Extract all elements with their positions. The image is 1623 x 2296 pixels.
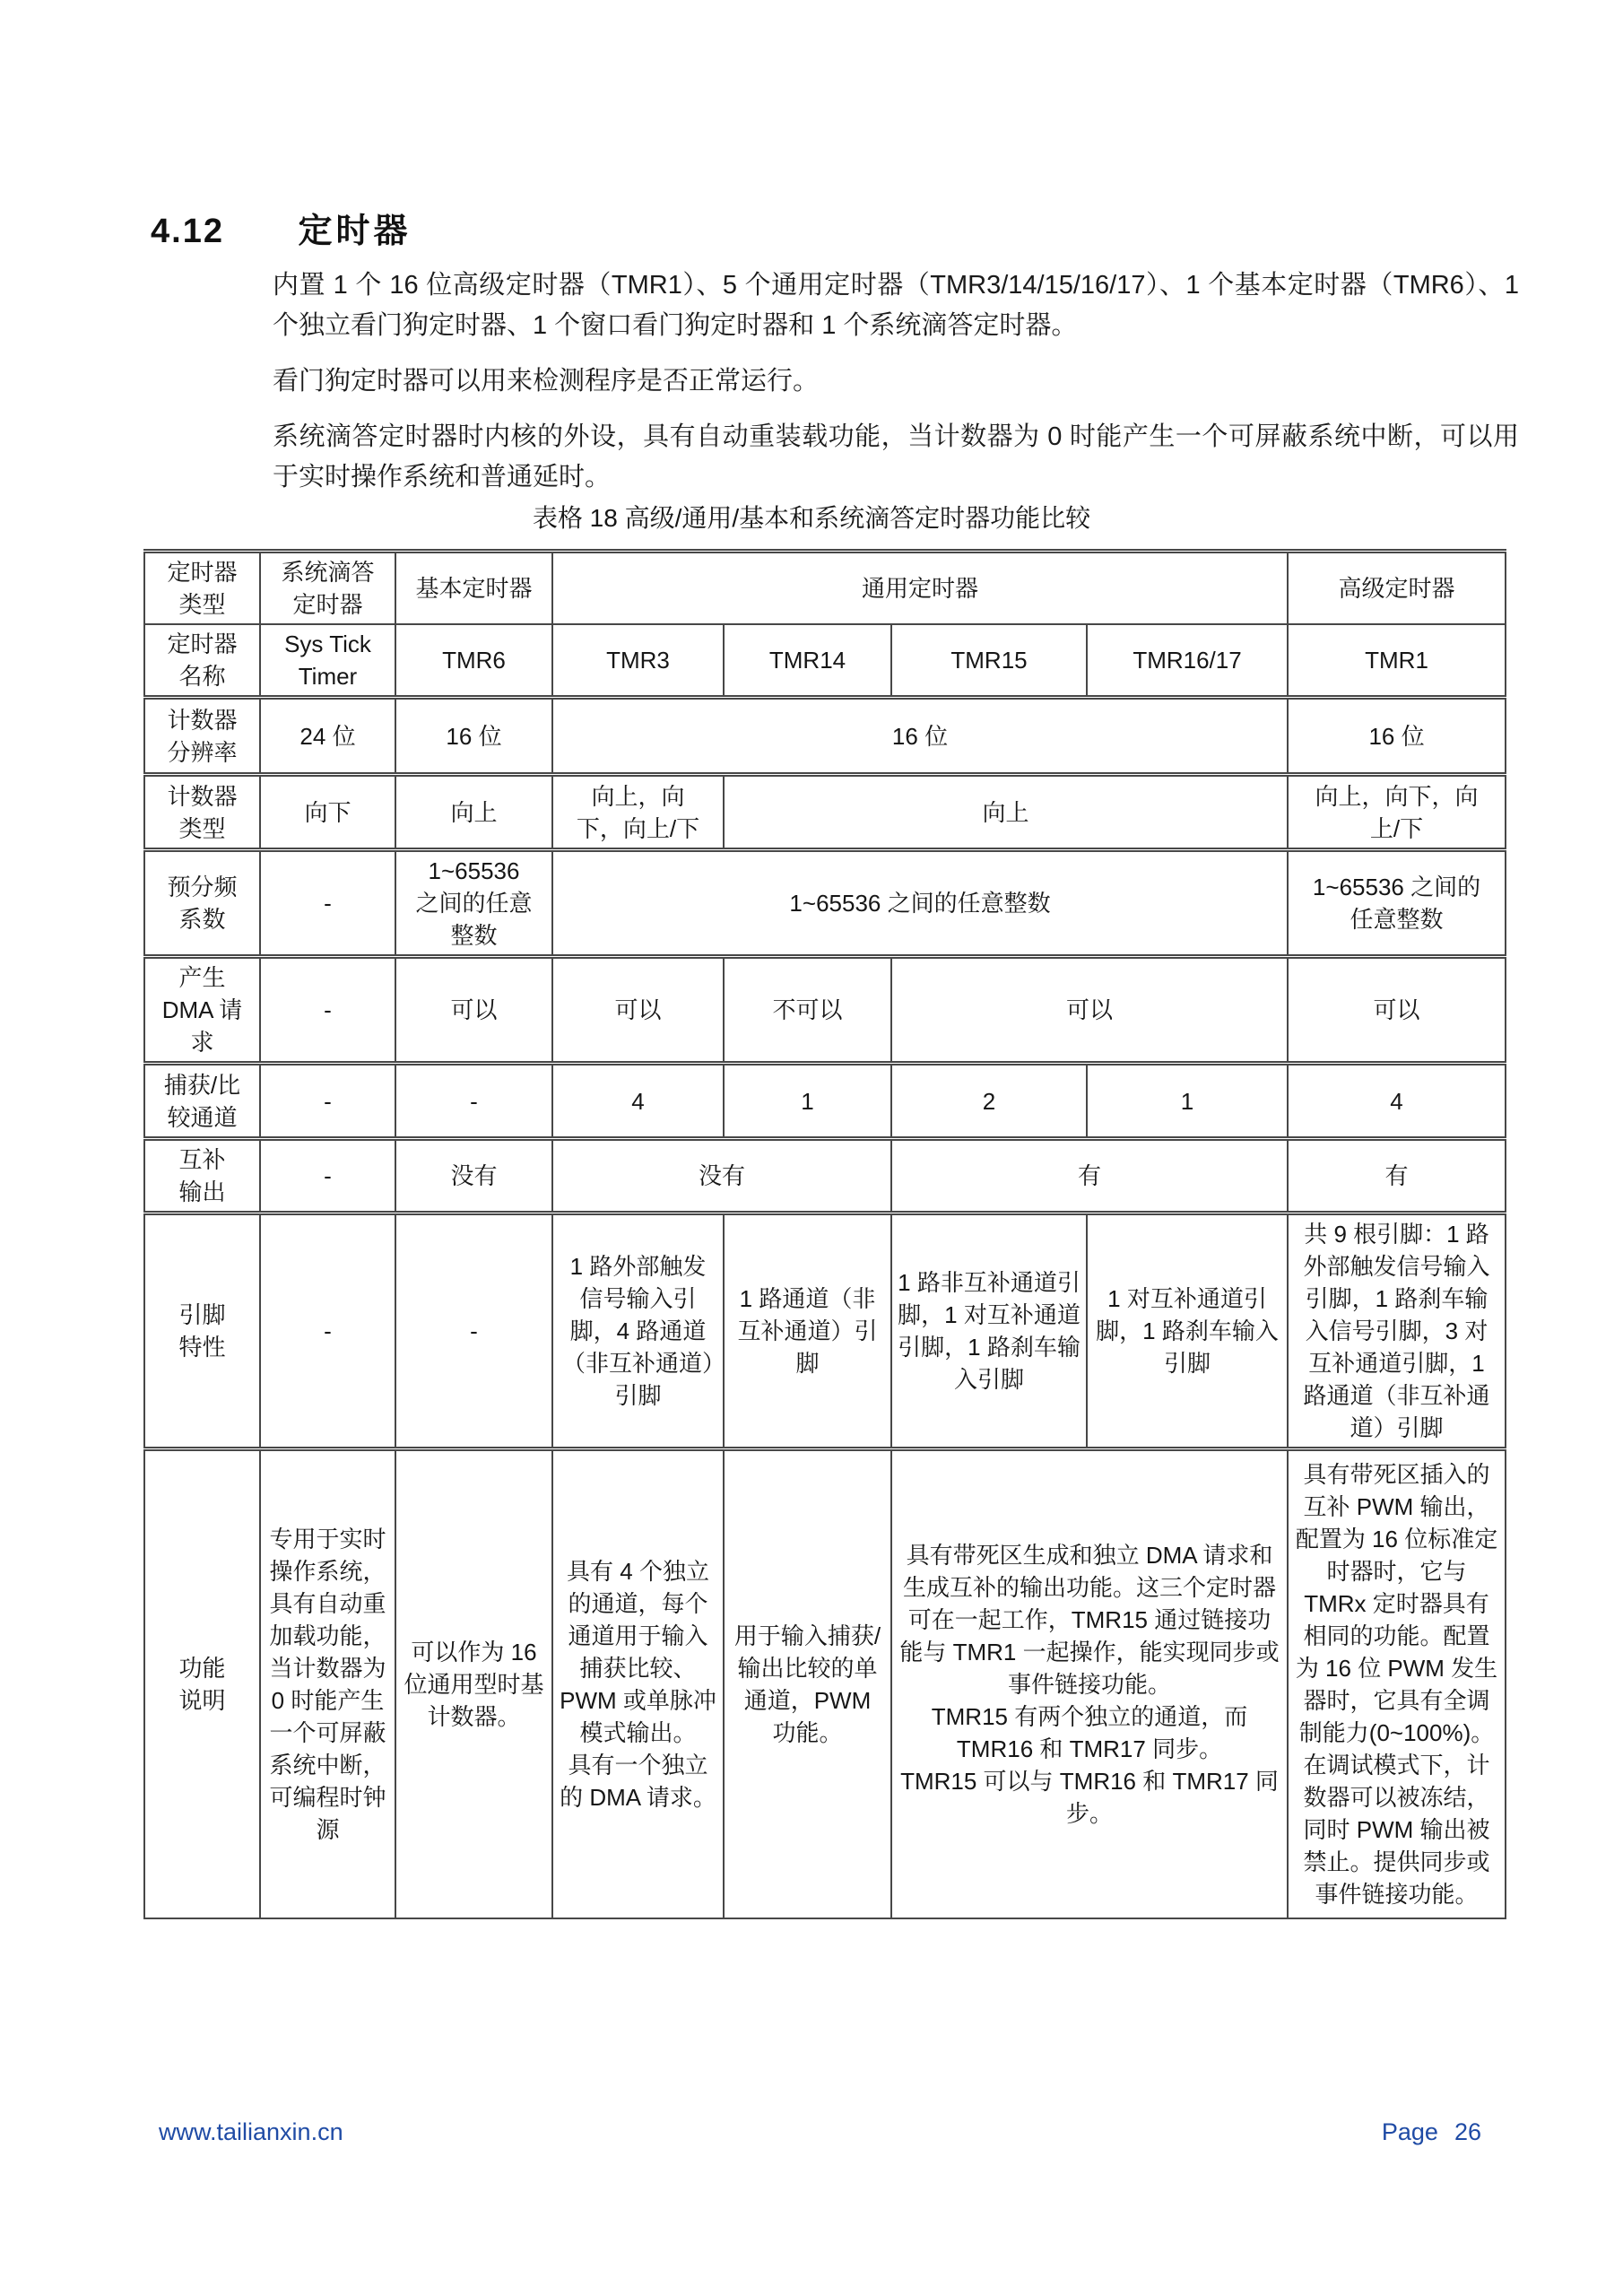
table-cell: 高级定时器 — [1288, 552, 1506, 625]
table-cell: 24 位 — [260, 698, 395, 775]
row-header-cell: 定时器 名称 — [144, 624, 260, 698]
table-cell: 可以 — [395, 957, 552, 1064]
table-cell: TMR15 — [891, 624, 1087, 698]
table-cell: 可以 — [552, 957, 724, 1064]
paragraph: 系统滴答定时器时内核的外设，具有自动重装载功能，当计数器为 0 时能产生一个可屏… — [273, 417, 1519, 498]
table-row-prescaler: 预分频 系数 - 1~65536 之间的任意 整数 1~65536 之间的任意整… — [144, 850, 1506, 957]
table-cell: TMR1 — [1288, 624, 1506, 698]
page-number-label: Page26 — [1382, 2118, 1481, 2146]
table-cell: - — [260, 1213, 395, 1449]
row-header-cell: 计数器 分辨率 — [144, 698, 260, 775]
table-cell: - — [395, 1064, 552, 1139]
table-cell: TMR6 — [395, 624, 552, 698]
paragraph: 内置 1 个 16 位高级定时器（TMR1）、5 个通用定时器（TMR3/14/… — [273, 265, 1519, 346]
table-cell: 1 — [724, 1064, 891, 1139]
table-cell: TMR14 — [724, 624, 891, 698]
table-cell: - — [395, 1213, 552, 1449]
table-cell: 2 — [891, 1064, 1087, 1139]
timer-comparison-table: 定时器 类型 系统滴答 定时器 基本定时器 通用定时器 高级定时器 定时器 名称… — [143, 549, 1506, 1919]
table-caption: 表格 18 高级/通用/基本和系统滴答定时器功能比较 — [0, 499, 1623, 535]
table-cell: 没有 — [552, 1139, 891, 1213]
table-cell: 专用于实时操作系统，具有自动重加载功能，当计数器为 0 时能产生一个可屏蔽系统中… — [260, 1449, 395, 1919]
table-cell: 有 — [891, 1139, 1288, 1213]
row-header-cell: 互补 输出 — [144, 1139, 260, 1213]
table-cell: 有 — [1288, 1139, 1506, 1213]
table-cell: 具有带死区生成和独立 DMA 请求和生成互补的输出功能。这三个定时器可在一起工作… — [891, 1449, 1288, 1919]
table-cell: 基本定时器 — [395, 552, 552, 625]
section-number: 4.12 — [151, 213, 224, 251]
table-cell: 1 路通道（非互补通道）引脚 — [724, 1213, 891, 1449]
table-cell: 不可以 — [724, 957, 891, 1064]
table-cell: 具有 4 个独立的通道，每个通道用于输入捕获比较、PWM 或单脉冲模式输出。 具… — [552, 1449, 724, 1919]
table-cell: 没有 — [395, 1139, 552, 1213]
table-cell: 向上，向下，向 上/下 — [1288, 775, 1506, 850]
table-row-timer-type: 定时器 类型 系统滴答 定时器 基本定时器 通用定时器 高级定时器 — [144, 552, 1506, 625]
table-row-counter-resolution: 计数器 分辨率 24 位 16 位 16 位 16 位 — [144, 698, 1506, 775]
paragraph: 看门狗定时器可以用来检测程序是否正常运行。 — [273, 361, 1519, 402]
table-cell: 具有带死区插入的互补 PWM 输出，配置为 16 位标准定时器时，它与 TMRx… — [1288, 1449, 1506, 1919]
table-cell: 通用定时器 — [552, 552, 1288, 625]
table-cell: 16 位 — [552, 698, 1288, 775]
table-cell: 16 位 — [1288, 698, 1506, 775]
table-cell: 1 — [1087, 1064, 1288, 1139]
body-text: 内置 1 个 16 位高级定时器（TMR1）、5 个通用定时器（TMR3/14/… — [273, 265, 1519, 513]
table-cell: 向上，向 下，向上/下 — [552, 775, 724, 850]
table-row-counter-type: 计数器 类型 向下 向上 向上，向 下，向上/下 向上 向上，向下，向 上/下 — [144, 775, 1506, 850]
table-cell: 共 9 根引脚：1 路外部触发信号输入引脚，1 路刹车输入信号引脚，3 对互补通… — [1288, 1213, 1506, 1449]
table-cell: 向上 — [724, 775, 1288, 850]
table-cell: 4 — [1288, 1064, 1506, 1139]
table-row-dma-request: 产生 DMA 请 求 - 可以 可以 不可以 可以 可以 — [144, 957, 1506, 1064]
table-row-pin-characteristics: 引脚 特性 - - 1 路外部触发信号输入引脚，4 路通道（非互补通道）引脚 1… — [144, 1213, 1506, 1449]
row-header-cell: 引脚 特性 — [144, 1213, 260, 1449]
table-cell: 向上 — [395, 775, 552, 850]
table-row-complementary-output: 互补 输出 - 没有 没有 有 有 — [144, 1139, 1506, 1213]
table-cell: 系统滴答 定时器 — [260, 552, 395, 625]
table-cell: 4 — [552, 1064, 724, 1139]
row-header-cell: 捕获/比 较通道 — [144, 1064, 260, 1139]
table-cell: 用于输入捕获/输出比较的单通道，PWM 功能。 — [724, 1449, 891, 1919]
table-cell: - — [260, 1064, 395, 1139]
table-cell: 16 位 — [395, 698, 552, 775]
section-title: 定时器 — [299, 203, 412, 252]
row-header-cell: 计数器 类型 — [144, 775, 260, 850]
table-cell: 向下 — [260, 775, 395, 850]
row-header-cell: 功能 说明 — [144, 1449, 260, 1919]
section-heading: 4.12 定时器 — [151, 203, 412, 252]
table-cell: TMR16/17 — [1087, 624, 1288, 698]
table-cell: 1 对互补通道引脚，1 路刹车输入引脚 — [1087, 1213, 1288, 1449]
document-page: { "colors": { "footer_blue": "#1f4ba5", … — [0, 0, 1623, 2296]
row-header-cell: 预分频 系数 — [144, 850, 260, 957]
page-footer: www.tailianxin.cn Page26 — [159, 2118, 1481, 2146]
table-cell: 可以作为 16 位通用型时基计数器。 — [395, 1449, 552, 1919]
table-cell: TMR3 — [552, 624, 724, 698]
table-cell: 可以 — [891, 957, 1288, 1064]
table-cell: - — [260, 1139, 395, 1213]
table-cell: 1~65536 之间的 任意整数 — [1288, 850, 1506, 957]
table-row-function-description: 功能 说明 专用于实时操作系统，具有自动重加载功能，当计数器为 0 时能产生一个… — [144, 1449, 1506, 1919]
row-header-cell: 产生 DMA 请 求 — [144, 957, 260, 1064]
table-row-timer-name: 定时器 名称 Sys Tick Timer TMR6 TMR3 TMR14 TM… — [144, 624, 1506, 698]
row-header-cell: 定时器 类型 — [144, 552, 260, 625]
table-row-capture-compare-channels: 捕获/比 较通道 - - 4 1 2 1 4 — [144, 1064, 1506, 1139]
table-cell: 可以 — [1288, 957, 1506, 1064]
table-cell: - — [260, 957, 395, 1064]
table-cell: 1 路非互补通道引脚，1 对互补通道引脚，1 路刹车输入引脚 — [891, 1213, 1087, 1449]
page-number: 26 — [1454, 2118, 1481, 2145]
table-cell: Sys Tick Timer — [260, 624, 395, 698]
table-cell: 1 路外部触发信号输入引脚，4 路通道（非互补通道）引脚 — [552, 1213, 724, 1449]
table-cell: 1~65536 之间的任意 整数 — [395, 850, 552, 957]
page-word: Page — [1382, 2118, 1438, 2145]
table-cell: 1~65536 之间的任意整数 — [552, 850, 1288, 957]
footer-website-url: www.tailianxin.cn — [159, 2118, 343, 2146]
table-cell: - — [260, 850, 395, 957]
